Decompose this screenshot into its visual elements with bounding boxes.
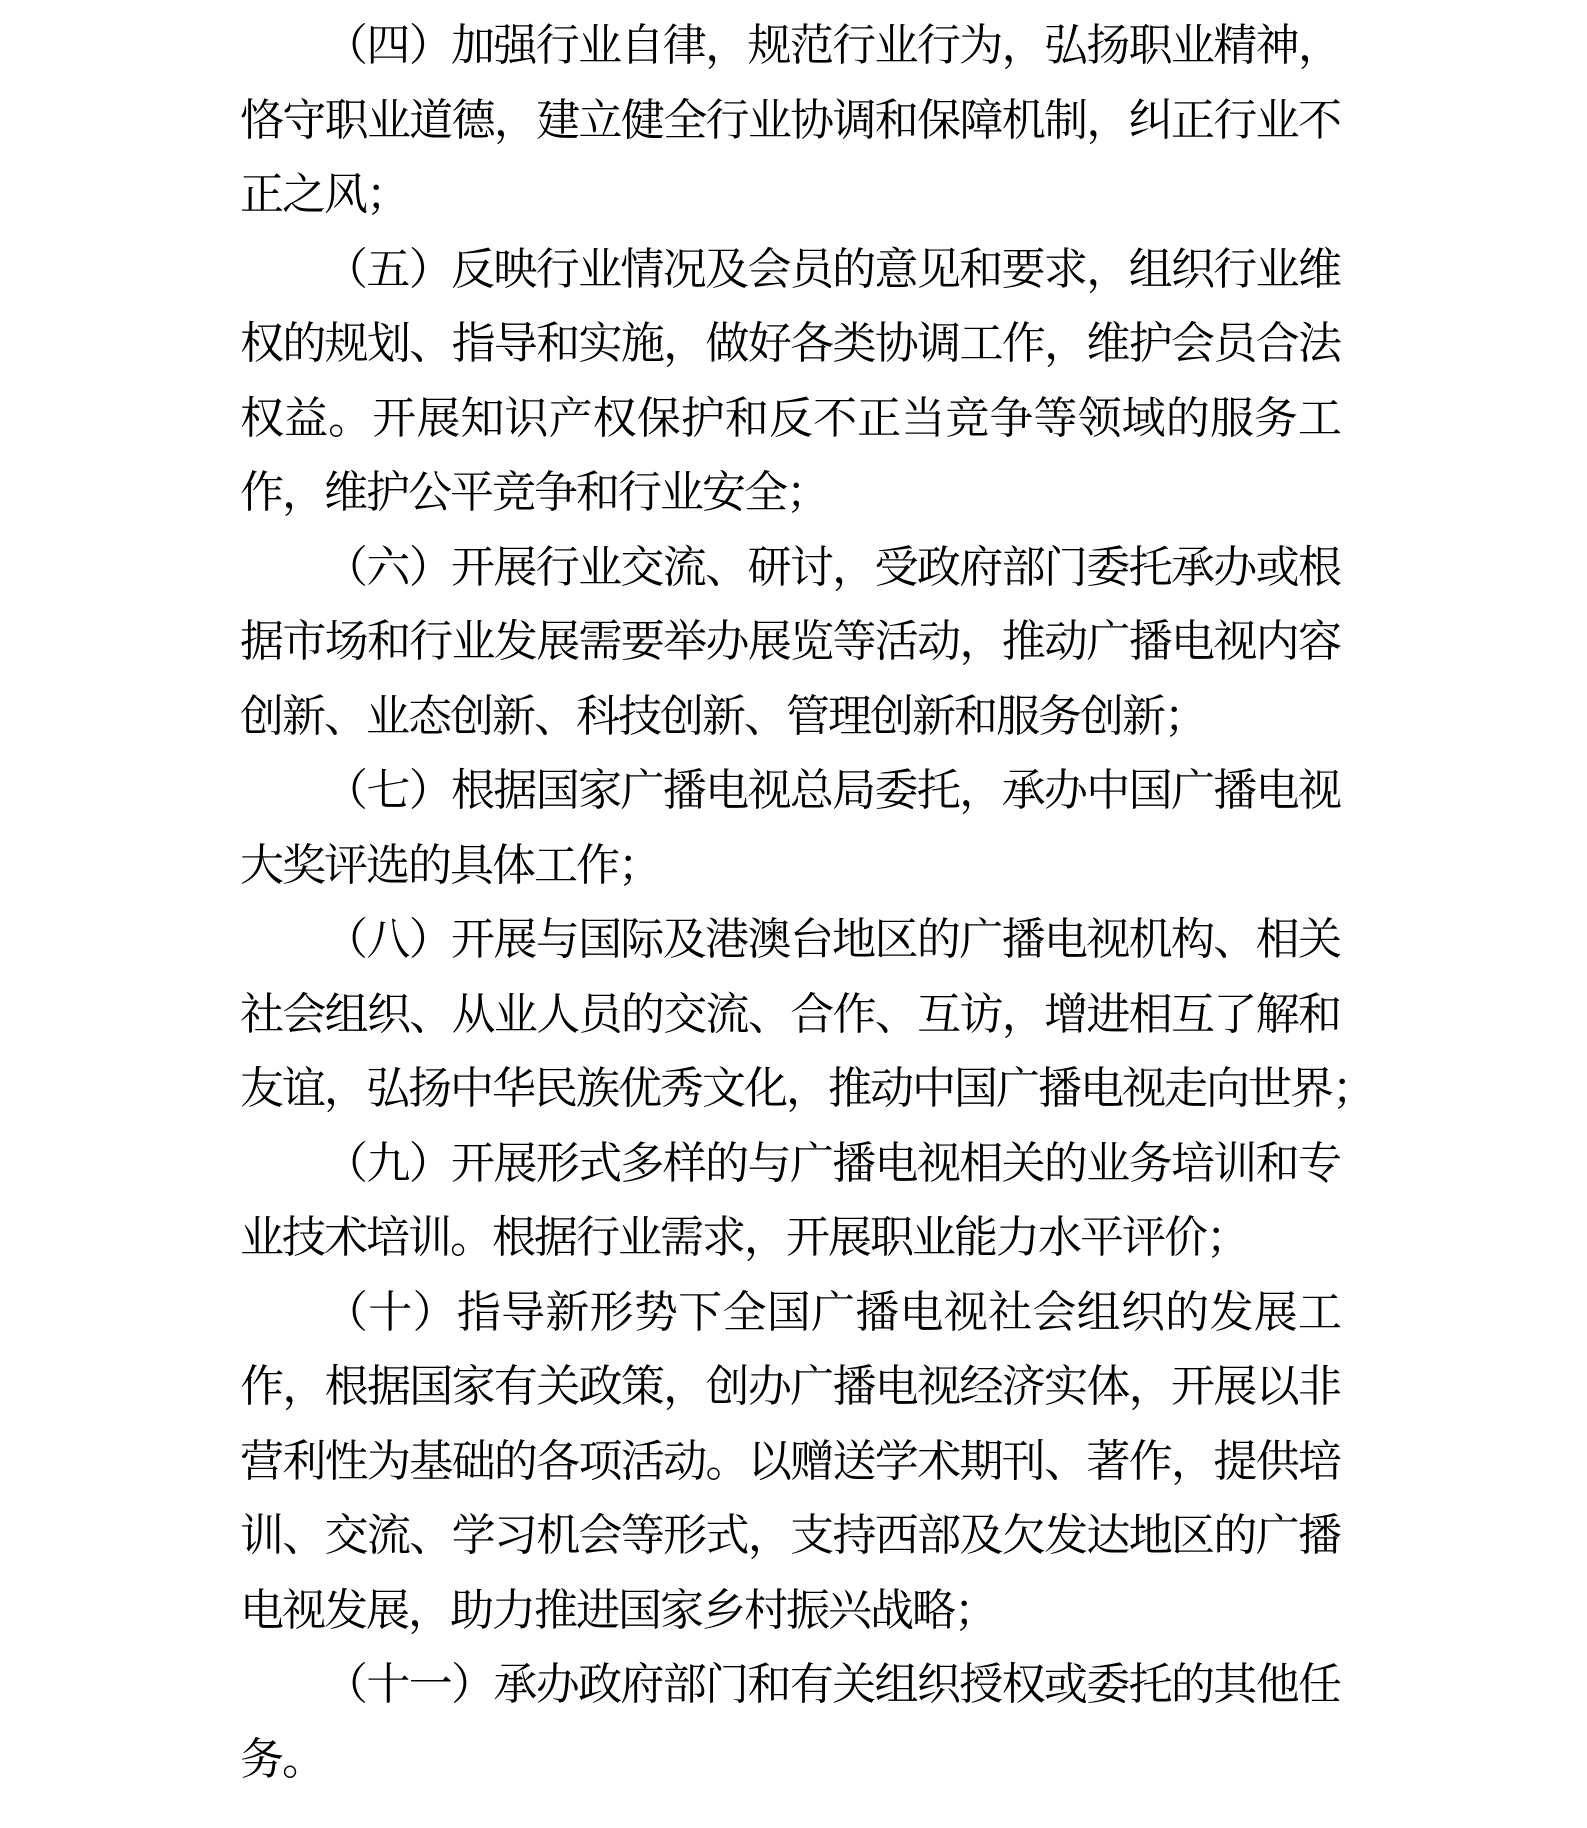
clause-5-line-4: 作，维护公平竞争和行业安全； — [240, 456, 1340, 531]
clause-4-line-2: 恪守职业道德，建立健全行业协调和保障机制，纠正行业不 — [240, 84, 1340, 159]
clause-6-line-2: 据市场和行业发展需要举办展览等活动，推动广播电视内容 — [240, 605, 1340, 680]
clause-10-line-3: 营利性为基础的各项活动。以赠送学术期刊、著作，提供培 — [240, 1425, 1340, 1500]
clause-8-line-3: 友谊，弘扬中华民族优秀文化，推动中国广播电视走向世界； — [240, 1052, 1340, 1127]
clause-9-line-1: （九）开展形式多样的与广播电视相关的业务培训和专 — [240, 1127, 1340, 1202]
clause-8: （八）开展与国际及港澳台地区的广播电视机构、相关社会组织、从业人员的交流、合作、… — [240, 903, 1340, 1127]
clause-5: （五）反映行业情况及会员的意见和要求，组织行业维权的规划、指导和实施，做好各类协… — [240, 233, 1340, 531]
clause-4-line-3: 正之风； — [240, 158, 1340, 233]
clause-5-line-1: （五）反映行业情况及会员的意见和要求，组织行业维 — [240, 233, 1340, 308]
clause-8-line-2: 社会组织、从业人员的交流、合作、互访，增进相互了解和 — [240, 978, 1340, 1053]
clause-10-line-5: 电视发展，助力推进国家乡村振兴战略； — [240, 1574, 1340, 1649]
clause-11-line-2: 务。 — [240, 1723, 1340, 1798]
clause-4-line-1: （四）加强行业自律，规范行业行为，弘扬职业精神， — [240, 9, 1340, 84]
clause-7: （七）根据国家广播电视总局委托，承办中国广播电视大奖评选的具体工作； — [240, 754, 1340, 903]
clause-9-line-2: 业技术培训。根据行业需求，开展职业能力水平评价； — [240, 1201, 1340, 1276]
clause-9: （九）开展形式多样的与广播电视相关的业务培训和专业技术培训。根据行业需求，开展职… — [240, 1127, 1340, 1276]
clause-6-line-1: （六）开展行业交流、研讨，受政府部门委托承办或根 — [240, 531, 1340, 606]
clause-6-line-3: 创新、业态创新、科技创新、管理创新和服务创新； — [240, 680, 1340, 755]
clause-7-line-2: 大奖评选的具体工作； — [240, 829, 1340, 904]
clause-11-line-1: （十一）承办政府部门和有关组织授权或委托的其他任 — [240, 1648, 1340, 1723]
clause-4: （四）加强行业自律，规范行业行为，弘扬职业精神，恪守职业道德，建立健全行业协调和… — [240, 9, 1340, 233]
clause-8-line-1: （八）开展与国际及港澳台地区的广播电视机构、相关 — [240, 903, 1340, 978]
clause-5-line-3: 权益。开展知识产权保护和反不正当竞争等领域的服务工 — [240, 382, 1340, 457]
clause-10-line-2: 作，根据国家有关政策，创办广播电视经济实体，开展以非 — [240, 1350, 1340, 1425]
clause-10-line-1: （十）指导新形势下全国广播电视社会组织的发展工 — [240, 1276, 1340, 1351]
document-text-block: （四）加强行业自律，规范行业行为，弘扬职业精神，恪守职业道德，建立健全行业协调和… — [240, 9, 1340, 1797]
clause-6: （六）开展行业交流、研讨，受政府部门委托承办或根据市场和行业发展需要举办展览等活… — [240, 531, 1340, 755]
clause-7-line-1: （七）根据国家广播电视总局委托，承办中国广播电视 — [240, 754, 1340, 829]
clause-11: （十一）承办政府部门和有关组织授权或委托的其他任务。 — [240, 1648, 1340, 1797]
clause-5-line-2: 权的规划、指导和实施，做好各类协调工作，维护会员合法 — [240, 307, 1340, 382]
clause-10: （十）指导新形势下全国广播电视社会组织的发展工作，根据国家有关政策，创办广播电视… — [240, 1276, 1340, 1649]
document-page: （四）加强行业自律，规范行业行为，弘扬职业精神，恪守职业道德，建立健全行业协调和… — [0, 0, 1587, 1828]
clause-10-line-4: 训、交流、学习机会等形式，支持西部及欠发达地区的广播 — [240, 1499, 1340, 1574]
